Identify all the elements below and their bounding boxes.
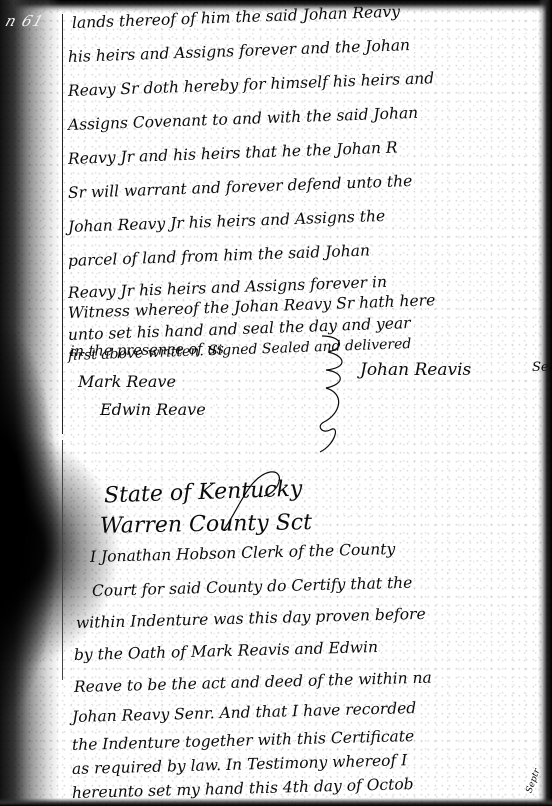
scan-edge-right — [538, 0, 552, 806]
deed-line: Sr will warrant and forever defend unto … — [68, 172, 413, 202]
witness-name: Edwin Reave — [100, 400, 206, 419]
deed-line: Reavy Sr doth hereby for himself his hei… — [68, 69, 435, 100]
deed-line: Johan Reavy Jr his heirs and Assigns the — [68, 207, 386, 236]
deed-line: parcel of land from him the said Johan — [68, 241, 371, 270]
certificate-line: the Indenture together with this Certifi… — [72, 727, 415, 754]
certificate-line: Court for said County do Certify that th… — [92, 574, 413, 600]
margin-rule — [62, 14, 63, 434]
witness-name: Mark Reave — [78, 372, 176, 391]
deed-line: his heirs and Assigns forever and the Jo… — [68, 36, 411, 66]
certificate-line: as required by law. In Testimony whereof… — [72, 751, 408, 778]
margin-rule-lower — [62, 440, 63, 680]
presence-line: in the presence of us — [70, 341, 224, 360]
scanned-document-page: n 61 lands thereof of him the said Johan… — [0, 0, 552, 806]
signature-name: Johan Reavis — [360, 360, 471, 380]
page-number: n 61 — [3, 12, 46, 30]
deed-line: Reavy Jr and his heirs that he the Johan… — [68, 138, 398, 167]
seal-label: Seal — [532, 360, 552, 375]
heading-flourish-icon — [220, 466, 290, 536]
seal-bracket-icon — [318, 334, 358, 454]
deed-line: Assigns Covenant to and with the said Jo… — [68, 104, 419, 134]
certificate-line: Johan Reavy Senr. And that I have record… — [72, 699, 417, 726]
certificate-line: I Jonathan Hobson Clerk of the County — [90, 540, 396, 566]
